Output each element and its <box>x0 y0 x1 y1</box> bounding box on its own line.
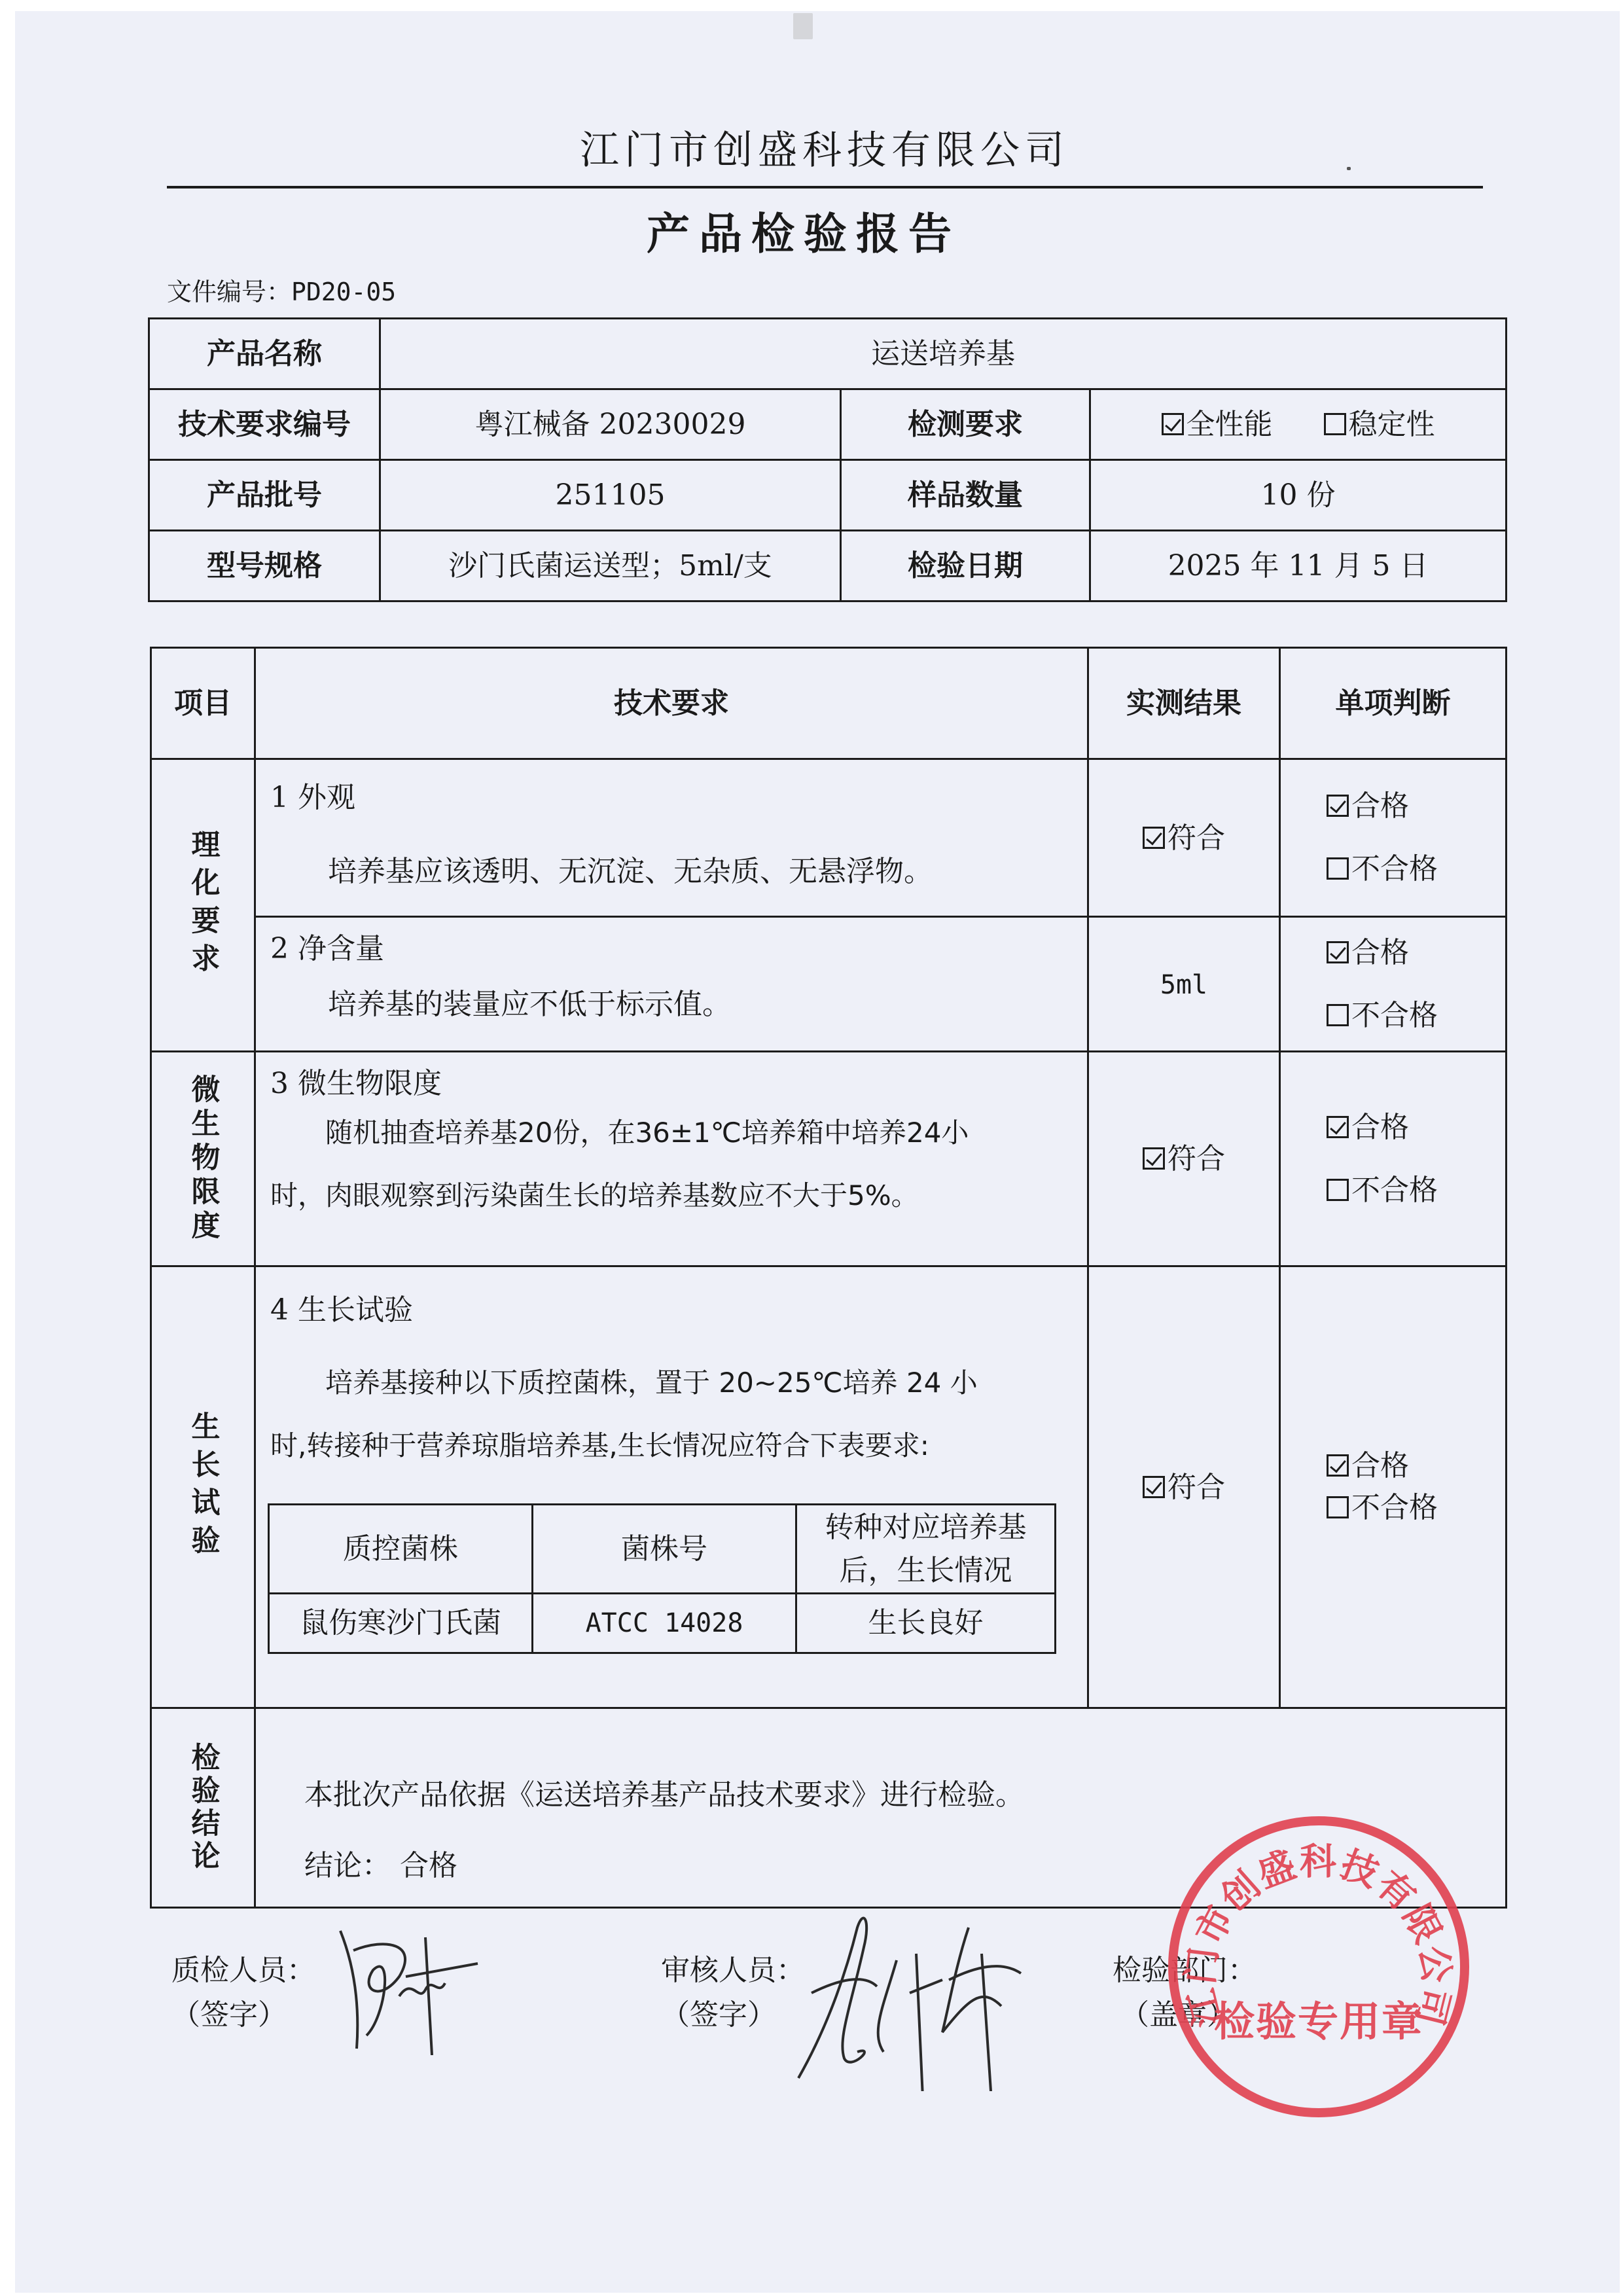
product-info-table: 产品名称 运送培养基 技术要求编号 粤江械备 20230029 检测要求 全性能… <box>148 317 1507 602</box>
info-row-model: 型号规格 沙门氏菌运送型；5ml/支 检验日期 2025 年 11 月 5 日 <box>149 531 1507 601</box>
requirement-cell: 1 外观 培养基应该透明、无沉淀、无杂质、无悬浮物。 <box>255 759 1088 917</box>
scan-artifact <box>793 13 813 39</box>
requirement-text-line1: 培养基接种以下质控菌株，置于 20~25℃培养 24 小 <box>270 1352 1074 1414</box>
header-tech-req: 技术要求 <box>255 648 1088 759</box>
model-label: 型号规格 <box>149 531 380 601</box>
category-label: 生长试验 <box>185 1411 221 1563</box>
measured-result: 符合 <box>1168 1142 1225 1175</box>
checkbox-fail-unchecked-icon <box>1327 1004 1349 1026</box>
judgment-pass: 合格 <box>1351 1449 1409 1482</box>
doc-no-label: 文件编号： <box>167 278 291 306</box>
category-label: 理化要求 <box>185 829 221 981</box>
judgment-cell: 合格 不合格 <box>1280 917 1507 1052</box>
info-row-batch: 产品批号 251105 样品数量 10 份 <box>149 460 1507 531</box>
requirement-title: 4 生长试验 <box>270 1292 1074 1328</box>
category-physchem: 理化要求 <box>151 759 255 1052</box>
sample-qty-value: 10 份 <box>1090 460 1507 531</box>
requirement-cell: 2 净含量 培养基的装量应不低于标示值。 <box>255 917 1088 1052</box>
company-name: 江门市创盛科技有限公司 <box>580 124 1047 177</box>
report-title: 产品检验报告 <box>589 204 1018 263</box>
checkbox-pass-checked-icon <box>1327 941 1349 963</box>
test-date-label: 检验日期 <box>841 531 1090 601</box>
result-row-net-content: 2 净含量 培养基的装量应不低于标示值。 5ml 合格 不合格 <box>151 917 1507 1052</box>
qc-strain-table: 质控菌株 菌株号 转种对应培养基后，生长情况 鼠伤寒沙门氏菌 ATCC 1402… <box>268 1503 1056 1654</box>
inspector-signature <box>327 1924 497 2055</box>
model-value: 沙门氏菌运送型；5ml/支 <box>380 531 841 601</box>
inspection-results-table: 项目 技术要求 实测结果 单项判断 理化要求 1 外观 培养基应该透明、无沉淀、… <box>150 647 1507 1909</box>
seal-center-text: 检验专用章 <box>1177 1989 1460 2047</box>
category-microbial: 微生物限度 <box>151 1052 255 1266</box>
product-name-value: 运送培养基 <box>380 319 1507 389</box>
checkbox-checked-icon <box>1143 1147 1165 1170</box>
option-stability: 稳定性 <box>1349 408 1435 441</box>
test-req-label: 检测要求 <box>841 389 1090 460</box>
judgment-pass: 合格 <box>1351 789 1409 823</box>
category-label: 检验结论 <box>185 1742 221 1873</box>
header-item: 项目 <box>151 648 255 759</box>
seal-ring-text: 江门市创盛科技有限公司 <box>1177 1825 1460 2108</box>
requirement-title: 2 净含量 <box>270 931 1074 967</box>
checkbox-fail-unchecked-icon <box>1327 857 1349 880</box>
inspection-seal: 江门市创盛科技有限公司 检验专用章 <box>1168 1816 1469 2117</box>
requirement-text: 培养基应该透明、无沉淀、无杂质、无悬浮物。 <box>270 840 1074 903</box>
judgment-pass: 合格 <box>1351 936 1409 969</box>
checkbox-stability-unchecked-icon <box>1324 413 1346 435</box>
checkbox-checked-icon <box>1143 827 1165 849</box>
checkbox-fail-unchecked-icon <box>1327 1496 1349 1518</box>
requirement-text: 培养基的装量应不低于标示值。 <box>270 973 1074 1036</box>
requirement-title: 3 微生物限度 <box>270 1066 1074 1102</box>
requirement-text-line2: 时,转接种于营养琼脂培养基,生长情况应符合下表要求: <box>270 1414 1074 1477</box>
test-date-value: 2025 年 11 月 5 日 <box>1090 531 1507 601</box>
checkbox-pass-checked-icon <box>1327 1454 1349 1477</box>
info-row-tech-req: 技术要求编号 粤江械备 20230029 检测要求 全性能 稳定性 <box>149 389 1507 460</box>
judgment-cell: 合格 不合格 <box>1280 1052 1507 1266</box>
option-full-performance: 全性能 <box>1186 408 1273 441</box>
result-row-microbial-limit: 微生物限度 3 微生物限度 随机抽查培养基20份，在36±1℃培养箱中培养24小… <box>151 1052 1507 1266</box>
qc-header-strain-no: 菌株号 <box>533 1505 796 1594</box>
checkbox-full-performance-checked-icon <box>1162 413 1184 435</box>
requirement-cell: 4 生长试验 培养基接种以下质控菌株，置于 20~25℃培养 24 小 时,转接… <box>255 1266 1088 1708</box>
batch-value: 251105 <box>380 460 841 531</box>
header-rule <box>167 186 1483 188</box>
judgment-fail: 不合格 <box>1351 1491 1438 1524</box>
requirement-title: 1 外观 <box>270 780 1074 816</box>
tech-req-no-label: 技术要求编号 <box>149 389 380 460</box>
qc-strain-name: 鼠伤寒沙门氏菌 <box>269 1594 533 1653</box>
category-conclusion: 检验结论 <box>151 1708 255 1908</box>
checkbox-fail-unchecked-icon <box>1327 1179 1349 1201</box>
judgment-fail: 不合格 <box>1351 852 1438 886</box>
inspector-label: 质检人员： <box>171 1949 315 1992</box>
measured-result: 符合 <box>1168 1471 1225 1504</box>
requirement-cell: 3 微生物限度 随机抽查培养基20份，在36±1℃培养箱中培养24小 时，肉眼观… <box>255 1052 1088 1266</box>
category-growth: 生长试验 <box>151 1266 255 1708</box>
measured-result-cell: 符合 <box>1088 1266 1280 1708</box>
reviewer-label: 审核人员： <box>661 1949 805 1992</box>
measured-result-cell: 5ml <box>1088 917 1280 1052</box>
batch-label: 产品批号 <box>149 460 380 531</box>
header-judgment: 单项判断 <box>1280 648 1507 759</box>
requirement-text-line2: 时，肉眼观察到污染菌生长的培养基数应不大于5%。 <box>270 1164 1074 1227</box>
qc-strain-row: 鼠伤寒沙门氏菌 ATCC 14028 生长良好 <box>269 1594 1056 1653</box>
qc-strain-header-row: 质控菌株 菌株号 转种对应培养基后，生长情况 <box>269 1505 1056 1594</box>
qc-header-strain: 质控菌株 <box>269 1505 533 1594</box>
scan-artifact <box>1347 167 1351 170</box>
checkbox-pass-checked-icon <box>1327 795 1349 817</box>
result-row-appearance: 理化要求 1 外观 培养基应该透明、无沉淀、无杂质、无悬浮物。 符合 合格 不合… <box>151 759 1507 917</box>
qc-header-growth: 转种对应培养基后，生长情况 <box>796 1505 1056 1594</box>
header-measured-result: 实测结果 <box>1088 648 1280 759</box>
requirement-text-line1: 随机抽查培养基20份，在36±1℃培养箱中培养24小 <box>270 1102 1074 1164</box>
reviewer-note: （签字） <box>661 1994 776 2037</box>
measured-result: 5ml <box>1160 970 1207 1000</box>
measured-result-cell: 符合 <box>1088 759 1280 917</box>
inspector-note: （签字） <box>171 1994 287 2037</box>
results-header-row: 项目 技术要求 实测结果 单项判断 <box>151 648 1507 759</box>
tech-req-no-value: 粤江械备 20230029 <box>380 389 841 460</box>
sample-qty-label: 样品数量 <box>841 460 1090 531</box>
doc-no-value: PD20-05 <box>291 278 396 306</box>
category-label: 微生物限度 <box>185 1074 221 1244</box>
reviewer-signature <box>785 1901 1034 2091</box>
judgment-pass: 合格 <box>1351 1111 1409 1144</box>
measured-result: 符合 <box>1168 821 1225 855</box>
result-row-growth-test: 生长试验 4 生长试验 培养基接种以下质控菌株，置于 20~25℃培养 24 小… <box>151 1266 1507 1708</box>
product-name-label: 产品名称 <box>149 319 380 389</box>
document-number: 文件编号：PD20-05 <box>167 274 396 310</box>
checkbox-pass-checked-icon <box>1327 1116 1349 1138</box>
test-req-options: 全性能 稳定性 <box>1090 389 1507 460</box>
judgment-fail: 不合格 <box>1351 999 1438 1032</box>
checkbox-checked-icon <box>1143 1476 1165 1498</box>
measured-result-cell: 符合 <box>1088 1052 1280 1266</box>
judgment-fail: 不合格 <box>1351 1174 1438 1207</box>
judgment-cell: 合格 不合格 <box>1280 759 1507 917</box>
info-row-product-name: 产品名称 运送培养基 <box>149 319 1507 389</box>
judgment-cell: 合格 不合格 <box>1280 1266 1507 1708</box>
qc-strain-number: ATCC 14028 <box>533 1594 796 1653</box>
qc-growth-result: 生长良好 <box>796 1594 1056 1653</box>
